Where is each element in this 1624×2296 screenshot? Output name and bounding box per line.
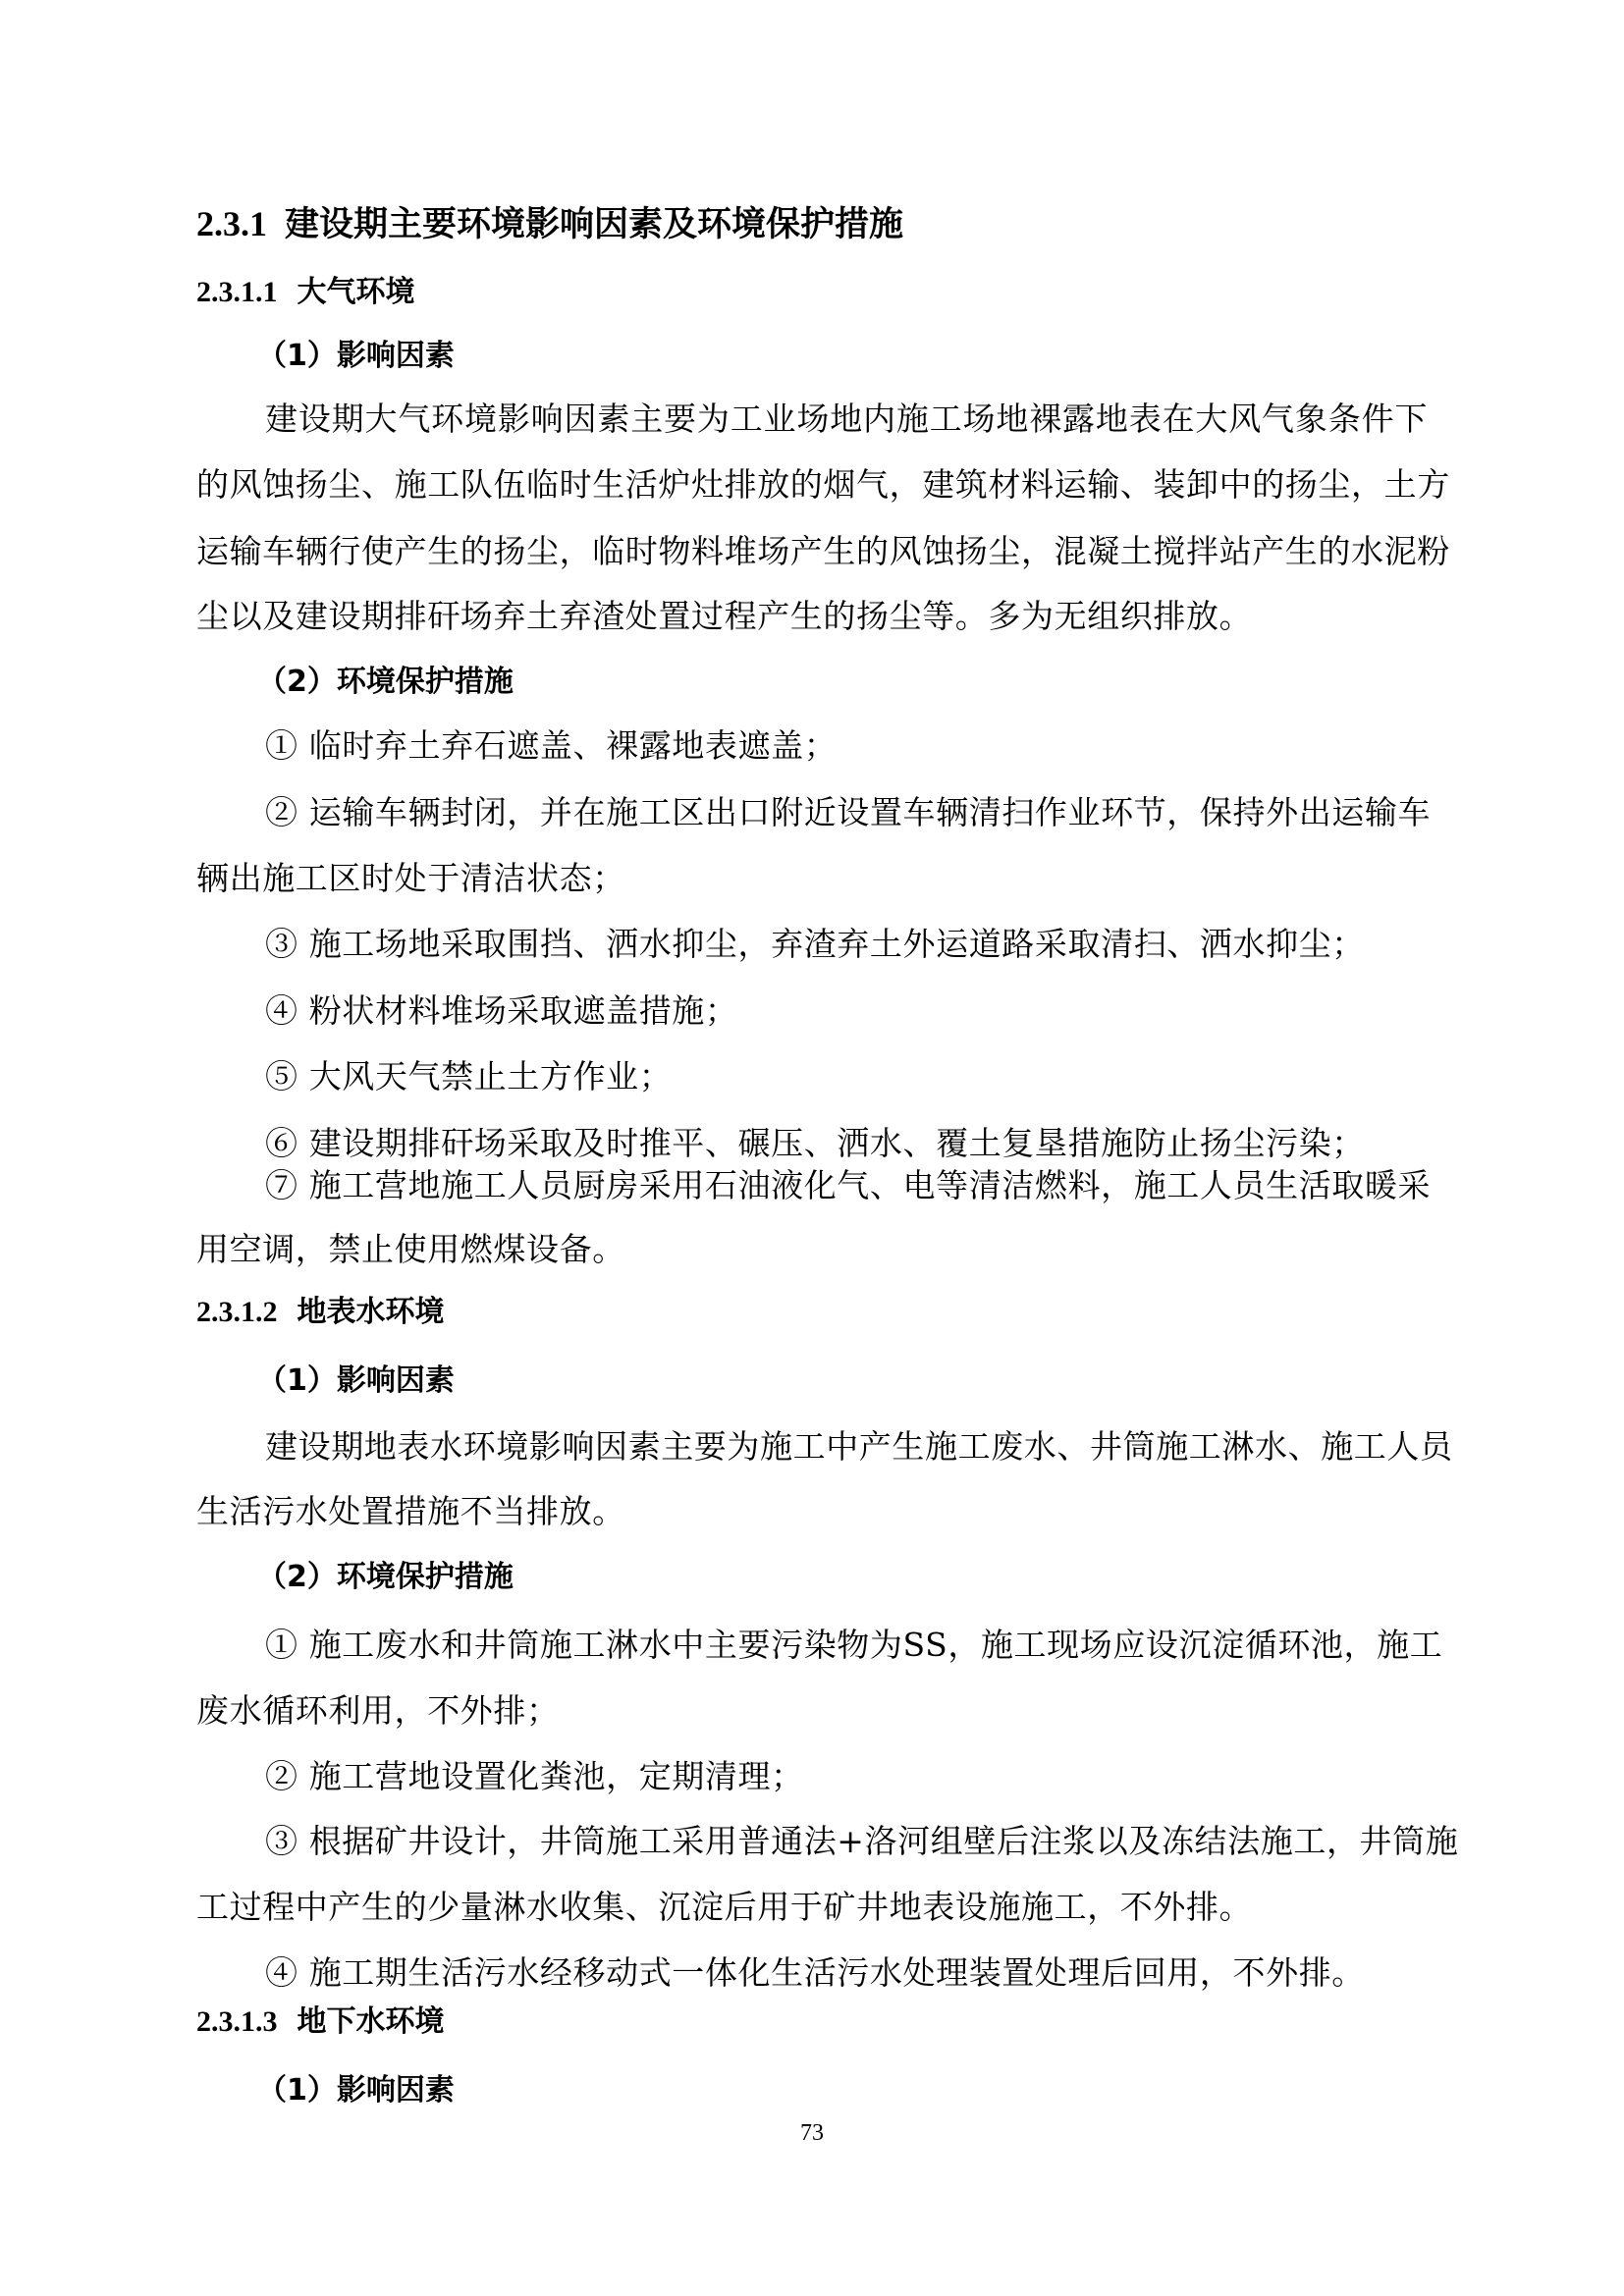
measure-item: ③ 施工场地采取围挡、洒水抑尘，弃渣弃土外运道路采取清扫、洒水抑尘； bbox=[265, 925, 1428, 964]
paragraph-line: 的风蚀扬尘、施工队伍临时生活炉灶排放的烟气，建筑材料运输、装卸中的扬尘，土方 bbox=[196, 465, 1428, 505]
subsection-title: 地下水环境 bbox=[298, 2004, 445, 2039]
measure-item-cont: 废水循环利用，不外排； bbox=[196, 1691, 1428, 1731]
air-influence-heading: （1）影响因素 bbox=[257, 337, 1489, 376]
document-page: 2.3.1建设期主要环境影响因素及环境保护措施 2.3.1.1大气环境 （1）影… bbox=[0, 0, 1624, 2296]
section-heading: 2.3.1建设期主要环境影响因素及环境保护措施 bbox=[196, 204, 1428, 243]
measure-item: ① 临时弃土弃石遮盖、裸露地表遮盖； bbox=[265, 726, 1428, 766]
groundwater-influence-heading: （1）影响因素 bbox=[257, 2071, 1489, 2110]
air-measures-heading: （2）环境保护措施 bbox=[257, 663, 1489, 702]
section-title: 建设期主要环境影响因素及环境保护措施 bbox=[285, 205, 903, 244]
section-number: 2.3.1 bbox=[196, 204, 267, 243]
subsection-title: 大气环境 bbox=[298, 275, 415, 309]
surface-water-influence-heading: （1）影响因素 bbox=[257, 1362, 1489, 1401]
measure-item: ⑦ 施工营地施工人员厨房采用石油液化气、电等清洁燃料，施工人员生活取暖采 bbox=[265, 1166, 1428, 1205]
subsection-number: 2.3.1.3 bbox=[196, 2005, 278, 2038]
subsection-title: 地表水环境 bbox=[298, 1295, 445, 1329]
measure-item: ④ 施工期生活污水经移动式一体化生活污水处理装置处理后回用，不外排。 bbox=[265, 1953, 1428, 1993]
paragraph-line: 运输车辆行使产生的扬尘，临时物料堆场产生的风蚀扬尘，混凝土搅拌站产生的水泥粉 bbox=[196, 532, 1428, 571]
subsection-heading-air: 2.3.1.1大气环境 bbox=[196, 273, 1428, 312]
paragraph-line: 建设期地表水环境影响因素主要为施工中产生施工废水、井筒施工淋水、施工人员 bbox=[265, 1427, 1428, 1467]
measure-item: ① 施工废水和井筒施工淋水中主要污染物为SS，施工现场应设沉淀循环池，施工 bbox=[265, 1626, 1428, 1665]
measure-item: ② 运输车辆封闭，并在施工区出口附近设置车辆清扫作业环节，保持外出运输车 bbox=[265, 793, 1428, 832]
measure-item-cont: 工过程中产生的少量淋水收集、沉淀后用于矿井地表设施施工，不外排。 bbox=[196, 1888, 1428, 1927]
page-number: 73 bbox=[0, 2120, 1624, 2147]
measure-item: ④ 粉状材料堆场采取遮盖措施； bbox=[265, 991, 1428, 1031]
subsection-number: 2.3.1.2 bbox=[196, 1296, 278, 1328]
subsection-number: 2.3.1.1 bbox=[196, 276, 278, 308]
paragraph-line: 生活污水处置措施不当排放。 bbox=[196, 1492, 1428, 1531]
measure-item-cont: 用空调，禁止使用燃煤设备。 bbox=[196, 1230, 1428, 1269]
measure-item: ⑥ 建设期排矸场采取及时推平、碾压、洒水、覆土复垦措施防止扬尘污染； bbox=[265, 1124, 1428, 1163]
measure-item-cont: 辆出施工区时处于清洁状态； bbox=[196, 859, 1428, 898]
measure-item: ③ 根据矿井设计，井筒施工采用普通法+洛河组壁后注浆以及冻结法施工，井筒施 bbox=[265, 1822, 1428, 1861]
paragraph-line: 建设期大气环境影响因素主要为工业场地内施工场地裸露地表在大风气象条件下 bbox=[265, 400, 1428, 439]
paragraph-line: 尘以及建设期排矸场弃土弃渣处置过程产生的扬尘等。多为无组织排放。 bbox=[196, 597, 1428, 636]
measure-item: ② 施工营地设置化粪池，定期清理； bbox=[265, 1757, 1428, 1796]
surface-water-measures-heading: （2）环境保护措施 bbox=[257, 1558, 1489, 1597]
measure-item: ⑤ 大风天气禁止土方作业； bbox=[265, 1057, 1428, 1096]
subsection-heading-surface-water: 2.3.1.2地表水环境 bbox=[196, 1293, 1428, 1332]
subsection-heading-groundwater: 2.3.1.3地下水环境 bbox=[196, 2002, 1428, 2042]
